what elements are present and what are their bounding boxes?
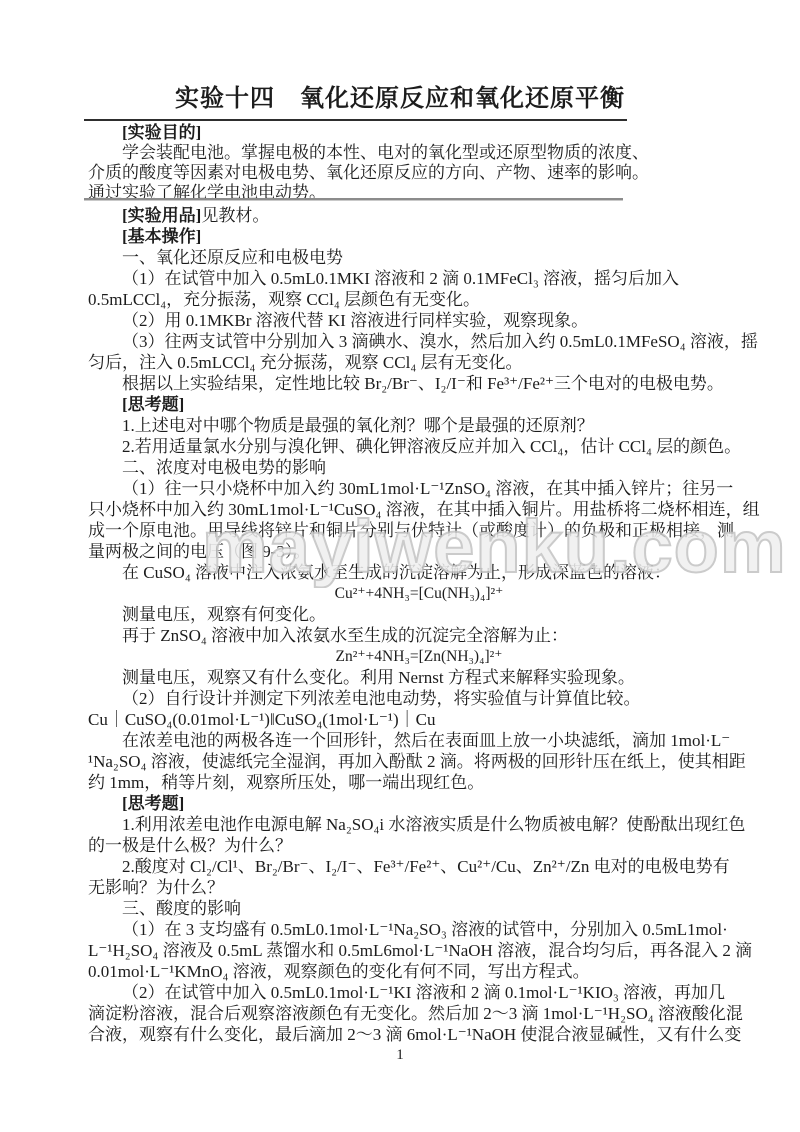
body-text: 0.01mol·L⁻¹KMnO₄ 溶液，观察颜色的变化有何不同，写出方程式。 [88,962,590,981]
body-text: 只小烧杯中加入约 30mL1mol·L⁻¹CuSO₄ 溶液，在其中插入铜片。用盐… [88,500,760,519]
page-title: 实验十四 氧化还原反应和氧化还原平衡 [0,78,800,113]
text-line: （2）自行设计并测定下列浓差电池电动势，将实验值与计算值比较。 [88,688,750,709]
body-text: 三、酸度的影响 [122,899,241,918]
body-text: 再于 ZnSO₄ 溶液中加入浓氨水至生成的沉淀完全溶解为止： [122,626,568,645]
body-text: （1）在试管中加入 0.5mL0.1MKI 溶液和 2 滴 0.1MFeCl₃ … [122,269,679,288]
text-line: [基本操作] [88,226,750,247]
text-line: 1.上述电对中哪个物质是最强的氧化剂？哪个是最强的还原剂？ [88,415,750,436]
text-line: （1）往一只小烧杯中加入约 30mL1mol·L⁻¹ZnSO₄ 溶液，在其中插入… [88,478,750,499]
body-text: Cu｜CuSO₄(0.01mol·L⁻¹)‖CuSO₄(1mol·L⁻¹)｜Cu [88,710,435,729]
body-text: 合液，观察有什么变化，最后滴加 2～3 滴 6mol·L⁻¹NaOH 使混合液显… [88,1025,741,1044]
body-text: 1.上述电对中哪个物质是最强的氧化剂？哪个是最强的还原剂？ [122,416,594,435]
text-line: （2）在试管中加入 0.5mL0.1mol·L⁻¹KI 溶液和 2 滴 0.1m… [88,982,750,1003]
body-text: 量两极之间的电压（图 9-3）。 [88,542,310,561]
text-line: [实验用品]见教材。 [88,205,750,226]
text-line: 三、酸度的影响 [88,898,750,919]
body-text: 2.若用适量氯水分别与溴化钾、碘化钾溶液反应并加入 CCl₄，估计 CCl₄ 层… [122,437,741,456]
text-line: 滴淀粉溶液，混合后观察溶液颜色有无变化。然后加 2～3 滴 1mol·L⁻¹H₂… [88,1003,750,1024]
body-text: （3）往两支试管中分别加入 3 滴碘水、溴水，然后加入约 0.5mL0.1MFe… [122,332,758,351]
body-text: （2）在试管中加入 0.5mL0.1mol·L⁻¹KI 溶液和 2 滴 0.1m… [122,983,725,1002]
text-line: 测量电压，观察又有什么变化。利用 Nernst 方程式来解释实验现象。 [88,667,750,688]
text-line: ¹Na₂SO₄ 溶液，使滤纸完全湿润，再加入酚酞 2 滴。将两极的回形针压在纸上… [88,751,750,772]
text-line: [思考题] [88,793,750,814]
text-line: 成一个原电池。用导线将锌片和铜片分别与伏特计（或酸度计）的负极和正极相接，测 [88,520,750,541]
section-heading-text: [思考题] [122,395,184,414]
body-text: ¹Na₂SO₄ 溶液，使滤纸完全湿润，再加入酚酞 2 滴。将两极的回形针压在纸上… [88,752,746,771]
body-text: 测量电压，观察又有什么变化。利用 Nernst 方程式来解释实验现象。 [122,668,635,687]
body-text: Zn²⁺+4NH₃=[Zn(NH₃)₄]²⁺ [336,648,503,665]
page-number: 1 [0,1047,800,1064]
body-text: 滴淀粉溶液，混合后观察溶液颜色有无变化。然后加 2～3 滴 1mol·L⁻¹H₂… [88,1004,743,1023]
body-text: 介质的酸度等因素对电极电势、氧化还原反应的方向、产物、速率的影响。 [88,163,649,182]
body-text: 根据以上实验结果，定性地比较 Br₂/Br⁻、I₂/I⁻和 Fe³⁺/Fe²⁺三… [122,374,724,393]
text-line: 二、浓度对电极电势的影响 [88,457,750,478]
text-line: L⁻¹H₂SO₄ 溶液及 0.5mL 蒸馏水和 0.5mL6mol·L⁻¹NaO… [88,940,750,961]
text-line: 只小烧杯中加入约 30mL1mol·L⁻¹CuSO₄ 溶液，在其中插入铜片。用盐… [88,499,750,520]
text-line: 匀后，注入 0.5mLCCl₄ 充分振荡，观察 CCl₄ 层有无变化。 [88,352,750,373]
text-line: 的一极是什么极？为什么？ [88,835,750,856]
text-line: [实验目的] [88,123,750,143]
text-line: 2.若用适量氯水分别与溴化钾、碘化钾溶液反应并加入 CCl₄，估计 CCl₄ 层… [88,436,750,457]
text-line: 一、氧化还原反应和电极电势 [88,247,750,268]
body-text: 见教材。 [201,206,269,225]
body-text: 成一个原电池。用导线将锌片和铜片分别与伏特计（或酸度计）的负极和正极相接，测 [88,521,734,540]
text-line: 测量电压，观察有何变化。 [88,604,750,625]
section-heading-text: [实验用品] [122,206,201,225]
body-text: 的一极是什么极？为什么？ [88,836,292,855]
body-text: （1）往一只小烧杯中加入约 30mL1mol·L⁻¹ZnSO₄ 溶液，在其中插入… [122,479,733,498]
section-heading-text: [基本操作] [122,227,201,246]
text-line: （2）用 0.1MKBr 溶液代替 KI 溶液进行同样实验，观察现象。 [88,310,750,331]
text-line: （1）在试管中加入 0.5mL0.1MKI 溶液和 2 滴 0.1MFeCl₃ … [88,268,750,289]
document-page: mayiwenku.com 实验十四 氧化还原反应和氧化还原平衡 [实验目的]学… [0,0,800,1132]
text-line: [思考题] [88,394,750,415]
body-text: 二、浓度对电极电势的影响 [122,458,326,477]
text-line: （3）往两支试管中分别加入 3 滴碘水、溴水，然后加入约 0.5mL0.1MFe… [88,331,750,352]
text-line: 合液，观察有什么变化，最后滴加 2～3 滴 6mol·L⁻¹NaOH 使混合液显… [88,1024,750,1045]
body-text: 在 CuSO₄ 溶液中注入浓氨水至生成的沉淀溶解为止，形成深蓝色的溶液： [122,563,671,582]
objective-box-lines: [实验目的]学会装配电池。掌握电极的本性、电对的氧化型或还原型物质的浓度、介质的… [88,123,750,203]
text-line: 约 1mm，稍等片刻，观察所压处，哪一端出现红色。 [88,772,750,793]
body-text: （2）用 0.1MKBr 溶液代替 KI 溶液进行同样实验，观察现象。 [122,311,588,330]
body-text: 测量电压，观察有何变化。 [122,605,326,624]
section-heading-text: [实验目的] [122,123,201,142]
text-line: Zn²⁺+4NH₃=[Zn(NH₃)₄]²⁺ [88,646,750,667]
text-line: 介质的酸度等因素对电极电势、氧化还原反应的方向、产物、速率的影响。 [88,163,750,183]
body-text: 一、氧化还原反应和电极电势 [122,248,343,267]
text-line: （1）在 3 支均盛有 0.5mL0.1mol·L⁻¹Na₂SO₃ 溶液的试管中… [88,919,750,940]
text-line: 0.5mLCCl₄，充分振荡，观察 CCl₄ 层颜色有无变化。 [88,289,750,310]
objective-box-top-border [84,119,627,121]
body-text: （2）自行设计并测定下列浓差电池电动势，将实验值与计算值比较。 [122,689,641,708]
body-text: （1）在 3 支均盛有 0.5mL0.1mol·L⁻¹Na₂SO₃ 溶液的试管中… [122,920,728,939]
text-line: 无影响？为什么？ [88,877,750,898]
body-text: L⁻¹H₂SO₄ 溶液及 0.5mL 蒸馏水和 0.5mL6mol·L⁻¹NaO… [88,941,752,960]
body-text: 0.5mLCCl₄，充分振荡，观察 CCl₄ 层颜色有无变化。 [88,290,480,309]
text-line: 在 CuSO₄ 溶液中注入浓氨水至生成的沉淀溶解为止，形成深蓝色的溶液： [88,562,750,583]
body-text: 2.酸度对 Cl₂/Cl¹、Br₂/Br⁻、I₂/I⁻、Fe³⁺/Fe²⁺、Cu… [122,857,730,876]
text-line: 2.酸度对 Cl₂/Cl¹、Br₂/Br⁻、I₂/I⁻、Fe³⁺/Fe²⁺、Cu… [88,856,750,877]
body-text: 约 1mm，稍等片刻，观察所压处，哪一端出现红色。 [88,773,484,792]
body-text: 匀后，注入 0.5mLCCl₄ 充分振荡，观察 CCl₄ 层有无变化。 [88,353,523,372]
text-line: 0.01mol·L⁻¹KMnO₄ 溶液，观察颜色的变化有何不同，写出方程式。 [88,961,750,982]
text-line: 1.利用浓差电池作电源电解 Na₂SO₄i 水溶液实质是什么物质被电解？使酚酞出… [88,814,750,835]
body-text: 在浓差电池的两极各连一个回形针，然后在表面皿上放一小块滤纸，滴加 1mol·L⁻ [122,731,730,750]
text-line: 学会装配电池。掌握电极的本性、电对的氧化型或还原型物质的浓度、 [88,143,750,163]
text-line: 量两极之间的电压（图 9-3）。 [88,541,750,562]
text-line: Cu²⁺+4NH₃=[Cu(NH₃)₄]²⁺ [88,583,750,604]
text-line: 在浓差电池的两极各连一个回形针，然后在表面皿上放一小块滤纸，滴加 1mol·L⁻ [88,730,750,751]
text-line: 根据以上实验结果，定性地比较 Br₂/Br⁻、I₂/I⁻和 Fe³⁺/Fe²⁺三… [88,373,750,394]
document-body-lines: [实验用品]见教材。[基本操作]一、氧化还原反应和电极电势（1）在试管中加入 0… [88,205,750,1045]
body-text: Cu²⁺+4NH₃=[Cu(NH₃)₄]²⁺ [335,585,504,602]
text-line: 再于 ZnSO₄ 溶液中加入浓氨水至生成的沉淀完全溶解为止： [88,625,750,646]
body-text: 学会装配电池。掌握电极的本性、电对的氧化型或还原型物质的浓度、 [122,143,649,162]
text-line: Cu｜CuSO₄(0.01mol·L⁻¹)‖CuSO₄(1mol·L⁻¹)｜Cu [88,709,750,730]
objective-box-bottom-border [84,198,623,201]
body-text: 无影响？为什么？ [88,878,224,897]
section-heading-text: [思考题] [122,794,184,813]
body-text: 1.利用浓差电池作电源电解 Na₂SO₄i 水溶液实质是什么物质被电解？使酚酞出… [122,815,745,834]
